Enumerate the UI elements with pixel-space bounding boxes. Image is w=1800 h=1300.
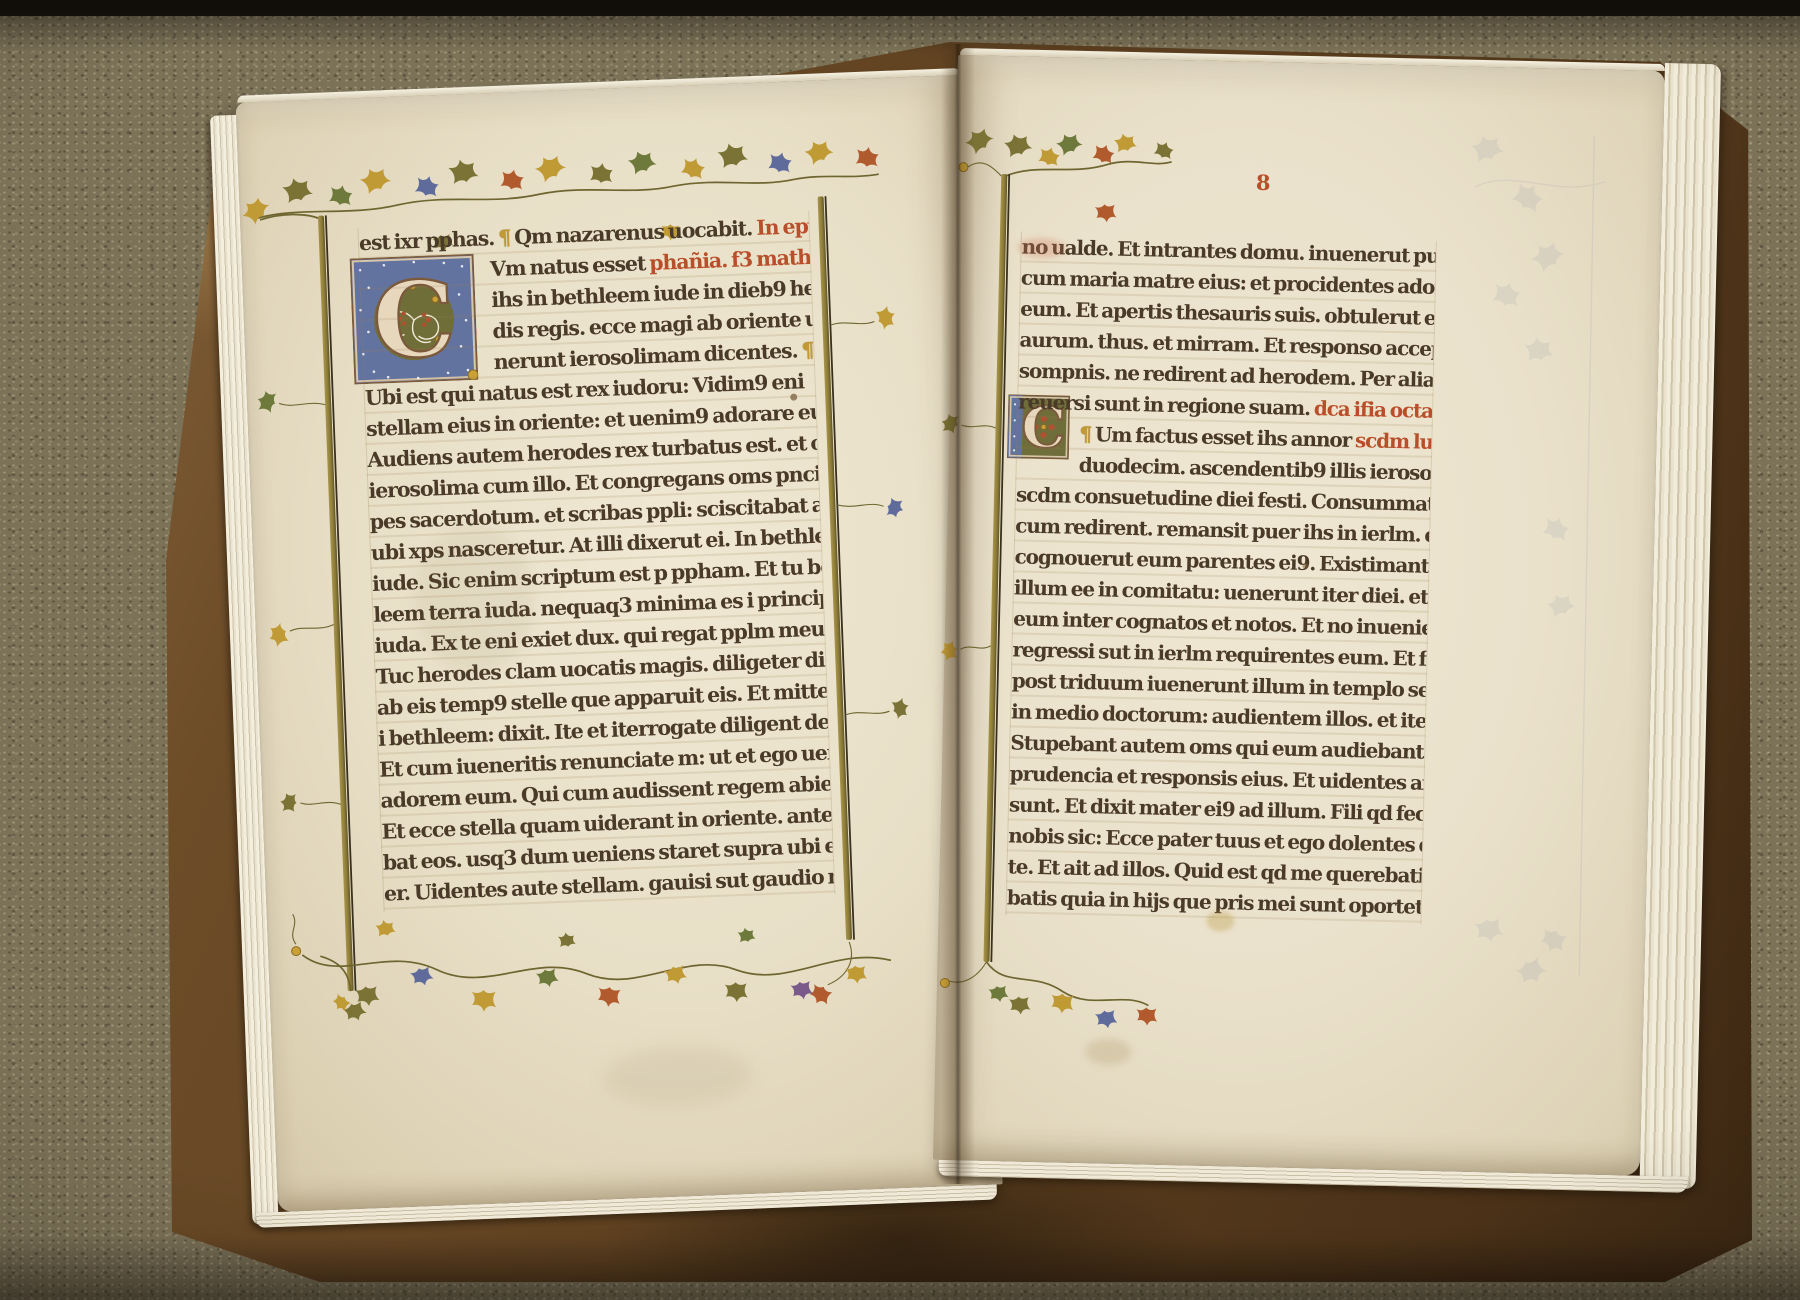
parchment-stain <box>1085 1038 1132 1065</box>
text-segment: dca ifia octas epy. <box>1314 396 1433 424</box>
left-margin-sprigs <box>254 386 341 814</box>
text-segment: Um factus esset ihs annor <box>1091 422 1355 452</box>
text-segment: ¶ <box>801 338 814 362</box>
carpet-shadow-band <box>0 0 1800 16</box>
text-segment: est ixr pphas. <box>359 226 499 255</box>
top-vine <box>958 123 1177 225</box>
show-through-ghost-marks <box>1450 130 1607 990</box>
text-segment: Vm natus esset <box>490 251 650 281</box>
left-page: C est ixr pphas. ¶ Qm nazarenus uocabit.… <box>236 75 1003 1212</box>
text-segment: batis quia in hijs que pris mei sunt opo… <box>1007 885 1422 919</box>
right-text-column: no ualde. Et intrantes domu. inuenerut p… <box>1005 231 1436 924</box>
text-segment: phañia. f3 mathm. <box>649 244 811 275</box>
right-page: 8 C no ualde. Et intrantes domu. inuener… <box>933 55 1665 1176</box>
left-bar <box>983 174 1010 962</box>
text-segment: scdm lucam. <box>1355 428 1432 455</box>
text-segment: In epy <box>756 214 810 240</box>
text-segment: reuersi sunt in regione suam. <box>1018 389 1314 420</box>
text-segment: ¶ <box>1079 422 1091 446</box>
parchment-stain <box>602 1044 754 1110</box>
folio-number: 8 <box>1243 170 1284 196</box>
manuscript-photo: C est ixr pphas. ¶ Qm nazarenus uocabit.… <box>0 0 1800 1300</box>
bottom-vine <box>290 891 892 1020</box>
bottom-vine <box>939 961 1158 1031</box>
left-text-column: est ixr pphas. ¶ Qm nazarenus uocabit. I… <box>357 211 835 912</box>
